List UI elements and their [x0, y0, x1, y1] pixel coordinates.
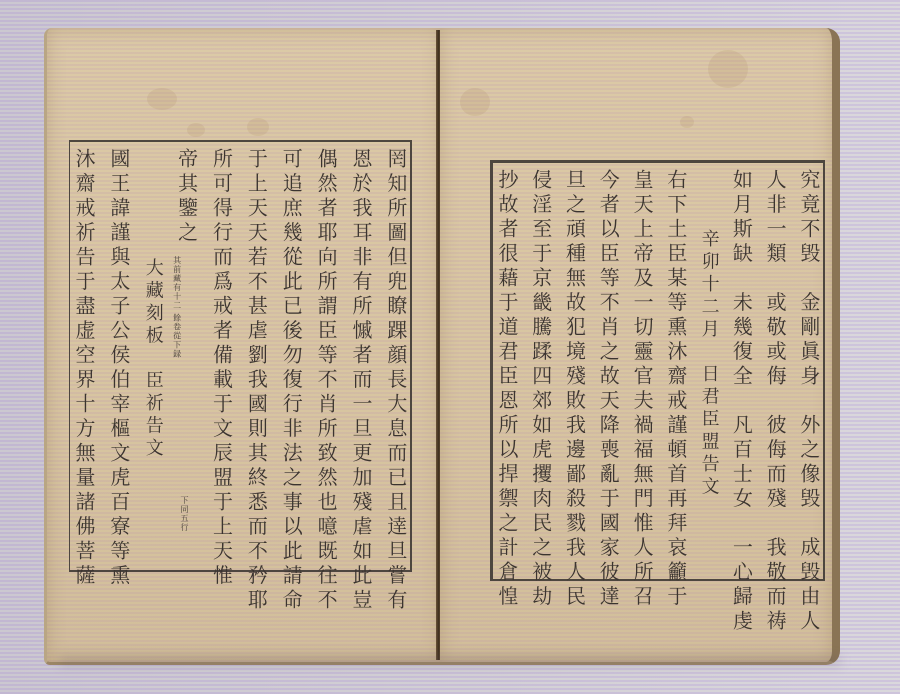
text-column: 旦之頑種無故犯境殘敗我邊鄙殺戮我人民 — [565, 169, 585, 575]
text-column: 侵淫至于京畿騰蹂四郊如虎攫肉民之被劫 — [531, 169, 551, 575]
text-column: 可追庶幾從此已後勿復行非法之事以此請命 — [281, 148, 301, 566]
book-shadow — [60, 656, 840, 666]
stain — [147, 88, 177, 110]
text-column: 皇天上帝及一切靈官夫禍福無門惟人所召 — [632, 169, 652, 575]
text-column: 抄故者很藉于道君臣恩所以捍禦之計倉惶 — [497, 169, 517, 575]
annotation-note: 其前藏有十二 餘卷從下録 — [173, 256, 181, 359]
text-column: 于上天天若不甚虐劉我國則其終悉而不矜耶 — [246, 148, 266, 566]
annotation-note: 下同五行 — [179, 496, 190, 532]
stain — [187, 123, 205, 137]
text-column: 所可得行而爲戒者備載于文辰盟于上天惟 — [212, 148, 232, 566]
text-column: 罔知所圖但兜瞭踝顔長大息而已且逹旦嘗有 — [386, 148, 406, 566]
text-column: 國王諱謹與太子公侯伯宰樞文虎百寮等熏 — [109, 148, 129, 566]
open-book: 罔知所圖但兜瞭踝顔長大息而已且逹旦嘗有 恩於我耳非有所慽者而一旦更加殘虐如此豈 … — [40, 28, 840, 662]
text-column: 人非一類 或敬或侮 彼侮而殘 我敬而祷 — [765, 169, 785, 575]
text-column: 右下土臣某等熏沐齋戒謹頓首再拜哀籲于 — [666, 169, 686, 575]
text-column: 恩於我耳非有所慽者而一旦更加殘虐如此豈 — [351, 148, 371, 566]
stain — [708, 50, 748, 88]
stain — [460, 88, 490, 116]
stain — [247, 118, 269, 136]
text-column: 沐齋戒祈告于盡虚空界十方無量諸佛菩薩 — [74, 148, 94, 566]
stain — [680, 116, 694, 128]
text-column: 偶然者耶向所謂臣等不肖所致然也噫既往不 — [316, 148, 336, 566]
right-page: 究竟不毁 金剛眞身 外之像毁 成毁由人 人非一類 或敬或侮 彼侮而殘 我敬而祷 … — [440, 28, 840, 665]
left-page: 罔知所圖但兜瞭踝顔長大息而已且逹旦嘗有 恩於我耳非有所慽者而一旦更加殘虐如此豈 … — [44, 28, 441, 665]
text-column-title: 大藏刻板 臣祈告文 — [144, 148, 162, 566]
left-text-frame: 罔知所圖但兜瞭踝顔長大息而已且逹旦嘗有 恩於我耳非有所慽者而一旦更加殘虐如此豈 … — [69, 140, 412, 572]
text-column: 今者以臣等不肖之故天降喪亂于國家彼達 — [598, 169, 618, 575]
text-column-title: 辛卯十二月 日君臣盟告文 — [700, 169, 718, 575]
text-column-closing: 帝其鑒之 — [175, 148, 199, 246]
text-column: 究竟不毁 金剛眞身 外之像毁 成毁由人 — [799, 169, 819, 575]
text-column: 如月斯缺 未幾復全 凡百士女 一心歸虔 — [731, 169, 751, 575]
right-text-frame: 究竟不毁 金剛眞身 外之像毁 成毁由人 人非一類 或敬或侮 彼侮而殘 我敬而祷 … — [490, 160, 825, 581]
